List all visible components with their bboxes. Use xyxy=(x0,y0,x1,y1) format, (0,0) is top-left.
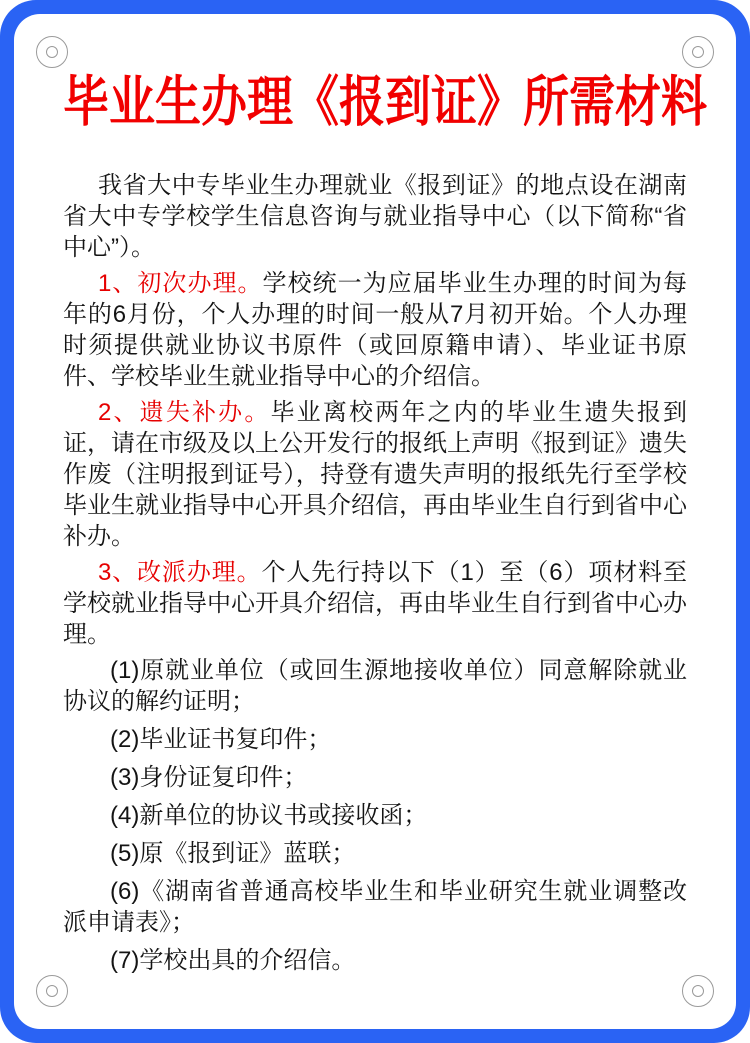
document-body: 我省大中专毕业生办理就业《报到证》的地点设在湖南省大中专学校学生信息咨询与就业指… xyxy=(63,170,687,976)
section-initial-processing: 1、初次办理。学校统一为应届毕业生办理的时间为每年的6月份，个人办理的时间一般从… xyxy=(63,268,687,392)
material-item-2: (2)毕业证书复印件； xyxy=(63,724,687,755)
material-item-1: (1)原就业单位（或回生源地接收单位）同意解除就业协议的解约证明； xyxy=(63,655,687,717)
material-item-text: (4)新单位的协议书或接收函； xyxy=(110,802,427,829)
intro-paragraph: 我省大中专毕业生办理就业《报到证》的地点设在湖南省大中专学校学生信息咨询与就业指… xyxy=(63,170,687,263)
material-item-text: (2)毕业证书复印件； xyxy=(110,726,331,753)
blue-frame: 毕业生办理《报到证》所需材料 我省大中专毕业生办理就业《报到证》的地点设在湖南省… xyxy=(0,0,750,1043)
material-item-5: (5)原《报到证》蓝联； xyxy=(63,838,687,869)
section-reassignment: 3、改派办理。个人先行持以下（1）至（6）项材料至学校就业指导中心开具介绍信，再… xyxy=(63,557,687,650)
material-item-text: (3)身份证复印件； xyxy=(110,764,307,791)
intro-text: 我省大中专毕业生办理就业《报到证》的地点设在湖南省大中专学校学生信息咨询与就业指… xyxy=(63,172,687,261)
material-item-4: (4)新单位的协议书或接收函； xyxy=(63,800,687,831)
grommet-icon xyxy=(682,36,714,68)
section-lead: 3、改派办理。 xyxy=(98,559,261,586)
grommet-icon xyxy=(682,975,714,1007)
material-item-text: (1)原就业单位（或回生源地接收单位）同意解除就业协议的解约证明； xyxy=(63,657,687,715)
grommet-hole-icon xyxy=(692,985,704,997)
material-item-text: (6)《湖南省普通高校毕业生和毕业研究生就业调整改派申请表》； xyxy=(63,878,687,936)
grommet-hole-icon xyxy=(692,46,704,58)
poster-page: 毕业生办理《报到证》所需材料 我省大中专毕业生办理就业《报到证》的地点设在湖南省… xyxy=(0,0,750,1043)
grommet-hole-icon xyxy=(46,46,58,58)
page-title: 毕业生办理《报到证》所需材料 xyxy=(63,70,687,136)
material-item-text: (7)学校出具的介绍信。 xyxy=(110,947,355,974)
section-loss-reissue: 2、遗失补办。毕业离校两年之内的毕业生遗失报到证，请在市级及以上公开发行的报纸上… xyxy=(63,397,687,552)
grommet-icon xyxy=(36,975,68,1007)
material-item-text: (5)原《报到证》蓝联； xyxy=(110,840,355,867)
section-lead: 1、初次办理。 xyxy=(98,270,263,297)
content-panel: 毕业生办理《报到证》所需材料 我省大中专毕业生办理就业《报到证》的地点设在湖南省… xyxy=(14,14,736,1029)
section-lead: 2、遗失补办。 xyxy=(98,399,271,426)
grommet-icon xyxy=(36,36,68,68)
material-item-6: (6)《湖南省普通高校毕业生和毕业研究生就业调整改派申请表》； xyxy=(63,876,687,938)
grommet-hole-icon xyxy=(46,985,58,997)
material-item-3: (3)身份证复印件； xyxy=(63,762,687,793)
material-item-7: (7)学校出具的介绍信。 xyxy=(63,945,687,976)
